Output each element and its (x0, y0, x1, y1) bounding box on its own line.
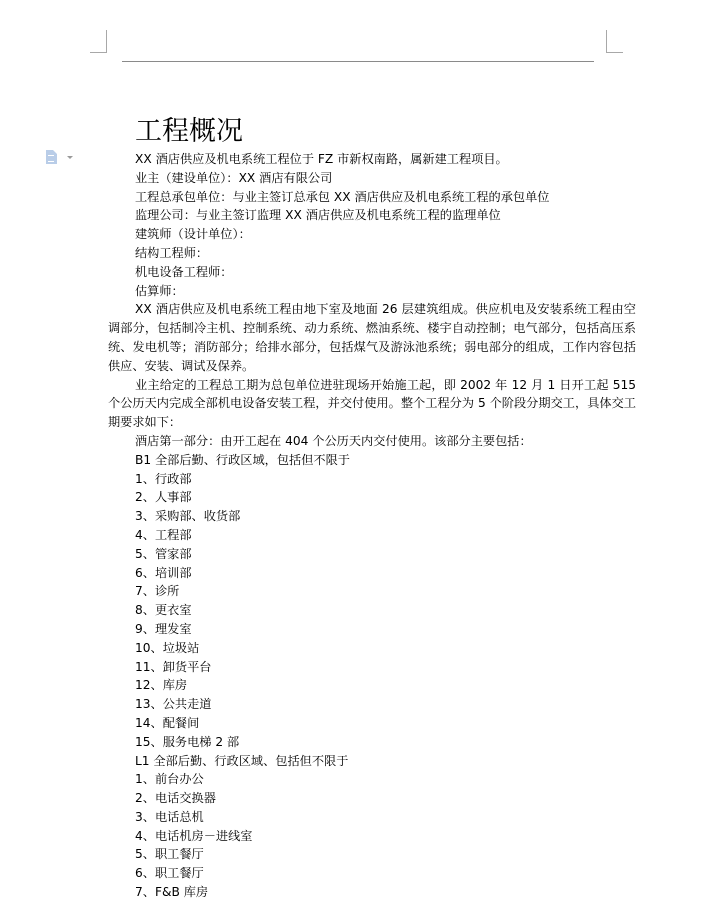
list-item: 7、F&B 库房 (108, 883, 636, 902)
list-item: 6、职工餐厅 (108, 864, 636, 883)
intro-line-mep-engineer: 机电设备工程师： (108, 263, 636, 282)
list-item: 5、管家部 (108, 545, 636, 564)
intro-line-owner: 业主（建设单位）：XX 酒店有限公司 (108, 169, 636, 188)
document-title: 工程概况 (135, 115, 243, 149)
list-item: 6、培训部 (108, 564, 636, 583)
intro-line-contractor: 工程总承包单位：与业主签订总承包 XX 酒店供应及机电系统工程的承包单位 (108, 188, 636, 207)
intro-line-structural-engineer: 结构工程师： (108, 244, 636, 263)
l1-heading: L1 全部后勤、行政区域、包括但不限于 (108, 752, 636, 771)
list-item: 8、更衣室 (108, 601, 636, 620)
list-item: 7、诊所 (108, 582, 636, 601)
intro-line-supervisor: 监理公司：与业主签订监理 XX 酒店供应及机电系统工程的监理单位 (108, 206, 636, 225)
page-corner-mark-top-right (606, 30, 623, 53)
list-item: 3、采购部、收货部 (108, 507, 636, 526)
chevron-down-icon (67, 156, 73, 159)
header-divider (122, 61, 594, 62)
list-item: 11、卸货平台 (108, 658, 636, 677)
page-corner-mark-top-left (90, 30, 107, 53)
list-item: 1、行政部 (108, 470, 636, 489)
list-item: 4、工程部 (108, 526, 636, 545)
document-icon (46, 150, 57, 164)
list-item: 2、电话交换器 (108, 789, 636, 808)
b1-heading: B1 全部后勤、行政区域，包括但不限于 (108, 451, 636, 470)
list-item: 4、电话机房－进线室 (108, 827, 636, 846)
document-body: XX 酒店供应及机电系统工程位于 FZ 市新权南路，属新建工程项目。 业主（建设… (108, 150, 636, 902)
paragraph-schedule: 业主给定的工程总工期为总包单位进驻现场开始施工起，即 2002 年 12 月 1… (108, 376, 636, 432)
intro-line-estimator: 估算师： (108, 282, 636, 301)
list-item: 12、库房 (108, 676, 636, 695)
list-item: 3、电话总机 (108, 808, 636, 827)
list-item: 5、职工餐厅 (108, 845, 636, 864)
intro-line-architect: 建筑师（设计单位）： (108, 225, 636, 244)
list-item: 14、配餐间 (108, 714, 636, 733)
list-item: 9、理发室 (108, 620, 636, 639)
section-1-intro: 酒店第一部分：由开工起在 404 个公历天内交付使用。该部分主要包括： (108, 432, 636, 451)
list-item: 10、垃圾站 (108, 639, 636, 658)
intro-line-location: XX 酒店供应及机电系统工程位于 FZ 市新权南路，属新建工程项目。 (108, 150, 636, 169)
list-item: 2、人事部 (108, 488, 636, 507)
paragraph-scope: XX 酒店供应及机电系统工程由地下室及地面 26 层建筑组成。供应机电及安装系统… (108, 300, 636, 375)
list-item: 1、前台办公 (108, 770, 636, 789)
list-item: 13、公共走道 (108, 695, 636, 714)
paragraph-options-button[interactable] (46, 150, 76, 166)
list-item: 15、服务电梯 2 部 (108, 733, 636, 752)
